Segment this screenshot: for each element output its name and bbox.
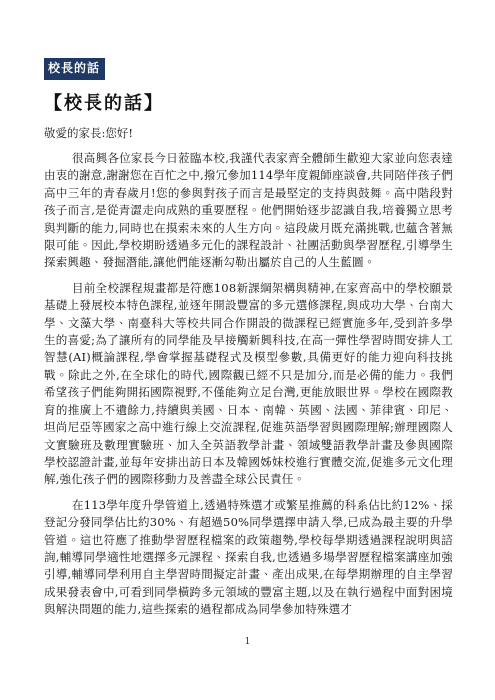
greeting-line: 敬愛的家長:您好! (44, 125, 453, 142)
document-content: 校長的話 【校長的話】 敬愛的家長:您好! 很高興各位家長今日蒞臨本校,我謹代表… (44, 57, 453, 619)
document-page: 校長的話 【校長的話】 敬愛的家長:您好! 很高興各位家長今日蒞臨本校,我謹代表… (0, 0, 495, 700)
page-number: 1 (0, 637, 495, 647)
section-badge: 校長的話 (44, 58, 105, 80)
paragraph-curriculum: 目前全校課程規畫都是符應108新課綱架構與精神,在家齊高中的學校願景基礎上發展校… (44, 280, 453, 489)
paragraph-admissions: 在113學年度升學管道上,透過特殊選才或繁星推薦的科系佔比約12%、採登記分發同… (44, 497, 453, 619)
page-title: 【校長的話】 (44, 92, 453, 116)
paragraph-welcome: 很高興各位家長今日蒞臨本校,我謹代表家齊全體師生歡迎大家並向您表達由衷的謝意,謝… (44, 150, 453, 272)
